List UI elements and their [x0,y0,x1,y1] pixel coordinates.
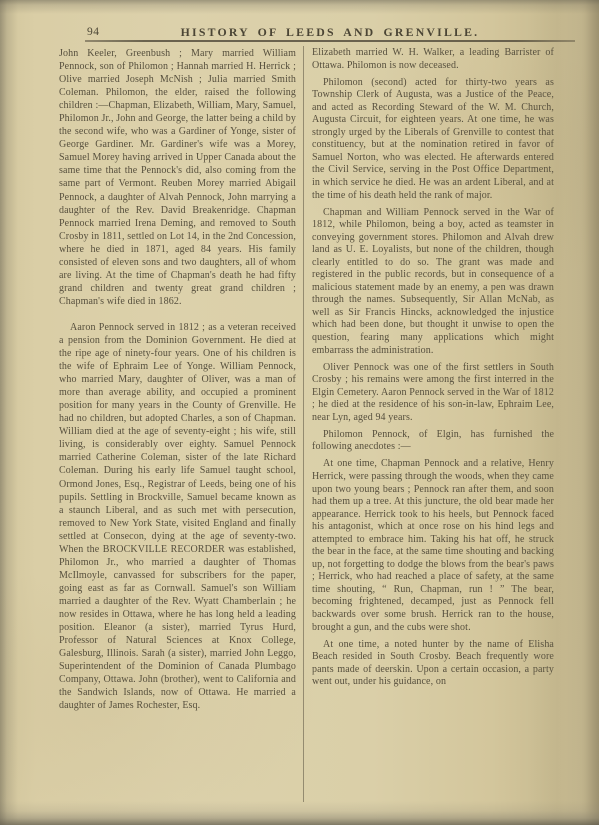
right-column-paragraph-3: Chapman and William Pennock served in th… [312,207,554,358]
book-page: 94 HISTORY OF LEEDS AND GRENVILLE. John … [0,0,599,825]
right-column-paragraph-4: Oliver Pennock was one of the first sett… [312,362,554,425]
right-column-paragraph-7: At one time, a noted hunter by the name … [312,639,554,689]
left-column-paragraph-1: John Keeler, Greenbush ; Mary married Wi… [59,47,296,308]
column-divider-rule [303,46,304,802]
right-column-paragraph-6: At one time, Chapman Pennock and a relat… [312,458,554,634]
header-rule [85,40,575,42]
right-column-paragraph-5: Philomon Pennock, of Elgin, has furnishe… [312,429,554,454]
right-column: Elizabeth married W. H. Walker, a leadin… [312,47,554,689]
right-column-paragraph-1: Elizabeth married W. H. Walker, a leadin… [312,47,554,72]
page-header-title: HISTORY OF LEEDS AND GRENVILLE. [85,25,575,40]
right-column-paragraph-2: Philomon (second) acted for thirty-two y… [312,77,554,202]
left-column: John Keeler, Greenbush ; Mary married Wi… [59,47,296,712]
left-column-paragraph-2: Aaron Pennock served in 1812 ; as a vete… [59,321,296,712]
